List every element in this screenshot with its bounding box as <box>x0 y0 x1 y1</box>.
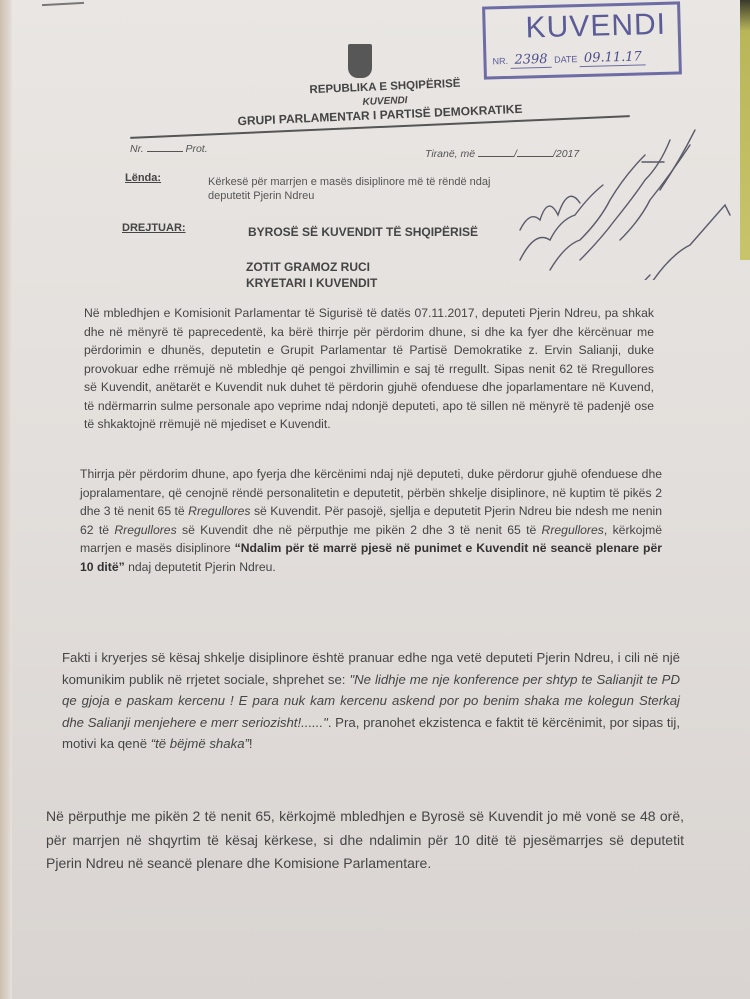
addressee-title: KRYETARI I KUVENDIT <box>246 276 377 290</box>
p2-reg-3: Rregullores <box>542 523 604 537</box>
p3-text-c: ! <box>249 736 253 751</box>
document-page: KUVENDI NR. 2398 DATE 09.11.17 REPUBLIKA… <box>0 0 750 999</box>
addressed-label: DREJTUAR: <box>122 222 186 234</box>
stamp-row: NR. 2398 DATE 09.11.17 <box>492 49 646 68</box>
registry-stamp: KUVENDI NR. 2398 DATE 09.11.17 <box>482 1 682 79</box>
place-label: Tiranë, më <box>425 148 475 160</box>
stamp-title: KUVENDI <box>525 8 666 46</box>
p2-reg-1: Rregullores <box>188 504 250 518</box>
p2-reg-2: Rregullores <box>114 523 176 537</box>
protocol-number: Nr. Prot. <box>130 142 208 155</box>
motive-quote: “të bëjmë shaka” <box>151 736 249 751</box>
stamp-date-value: 09.11.17 <box>580 49 646 67</box>
addressee-name: ZOTIT GRAMOZ RUCI <box>246 260 370 274</box>
paragraph-admission: Fakti i kryerjes së kësaj shkelje disipl… <box>62 647 680 755</box>
subject-text: Kërkesë për marrjen e masës disiplinore … <box>208 175 518 203</box>
paper-edge <box>0 0 12 999</box>
handwritten-annotation <box>500 110 740 280</box>
paragraph-incident: Në mbledhjen e Komisionit Parlamentar të… <box>84 304 654 434</box>
paragraph-violation: Thirrja për përdorim dhune, apo fyerja d… <box>80 465 662 576</box>
paragraph-request: Në përputhje me pikën 2 të nenit 65, kër… <box>46 805 684 876</box>
nr-blank <box>147 142 183 152</box>
stamp-date-label: DATE <box>554 54 578 65</box>
addressee-body: BYROSË SË KUVENDIT TË SHQIPËRISË <box>248 225 478 239</box>
nr-label: Nr. <box>130 143 144 155</box>
p2-text-c: së Kuvendit dhe në përputhje me pikën 2 … <box>177 523 542 537</box>
prot-label: Prot. <box>185 143 207 155</box>
p2-text-e: ndaj deputetit Pjerin Ndreu. <box>125 560 276 574</box>
albanian-coat-of-arms-icon <box>348 44 372 78</box>
pen-mark <box>42 2 84 6</box>
stamp-nr-label: NR. <box>492 56 508 66</box>
background-edge <box>740 0 750 260</box>
subject-label: Lënda: <box>125 172 161 184</box>
stamp-nr-value: 2398 <box>510 52 551 69</box>
